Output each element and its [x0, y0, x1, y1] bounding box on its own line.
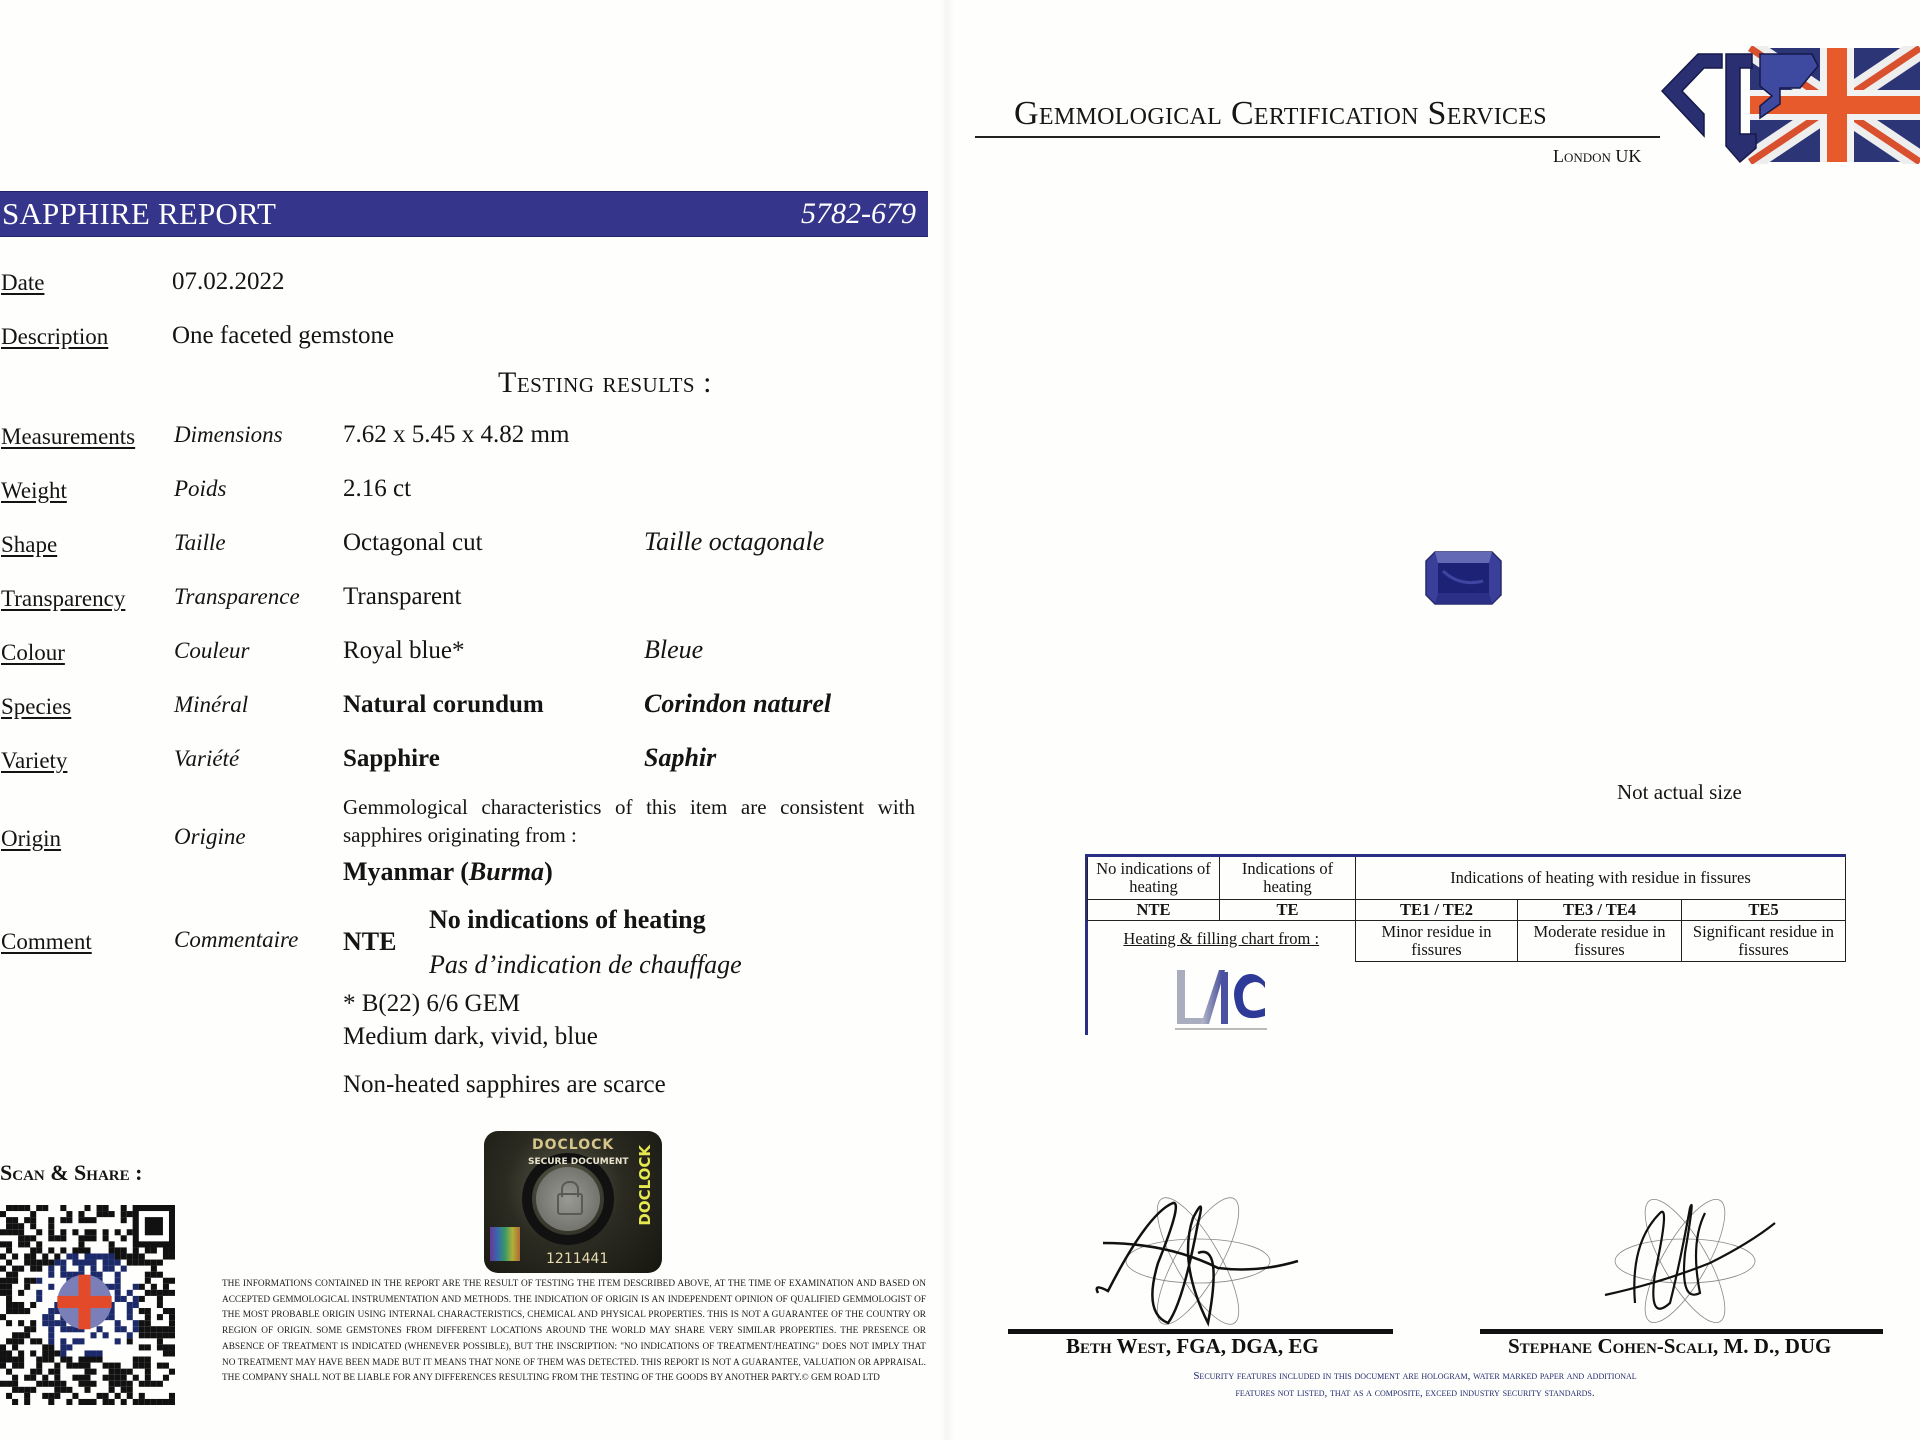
origin-country: Myanmar (Burma): [343, 857, 553, 887]
code-te1-te2: TE1 / TE2: [1356, 900, 1518, 921]
chart-source-label: Heating & filling chart from :: [1123, 929, 1319, 948]
origin-label-fr: Origine: [174, 824, 246, 850]
result-label-fr: Minéral: [174, 692, 248, 718]
lahc-logo: [1173, 968, 1271, 1033]
result-label-fr: Variété: [174, 746, 239, 772]
result-value: Octagonal cut: [343, 529, 483, 557]
result-label: Variety: [1, 748, 67, 774]
result-label: Weight: [1, 478, 67, 504]
comment-label: Comment: [1, 929, 92, 955]
result-value: Royal blue*: [343, 637, 465, 665]
date-value: 07.02.2022: [172, 268, 285, 296]
comment-text-en: No indications of heating: [429, 905, 706, 935]
result-label: Colour: [1, 640, 65, 666]
code-te: TE: [1220, 900, 1356, 921]
code-nte: NTE: [1088, 900, 1220, 921]
result-label-fr: Couleur: [174, 638, 249, 664]
comment-text-fr: Pas d’indication de chauffage: [429, 950, 742, 980]
hologram-side-text: DOCLOCK: [636, 1145, 654, 1226]
origin-statement: Gemmological characteristics of this ite…: [343, 793, 915, 849]
header-rule: [975, 136, 1660, 138]
company-name: Gemmological Certification Services: [1014, 95, 1547, 133]
colour-grade-description: Medium dark, vivid, blue: [343, 1023, 598, 1051]
sapphire-stone-image: [1425, 551, 1502, 605]
chart-source: Heating & filling chart from :: [1088, 921, 1356, 962]
header-nte: No indications of heating: [1088, 856, 1220, 900]
origin-country-alt: Burma: [469, 857, 544, 886]
signature-beth-west: [1088, 1183, 1318, 1328]
comment-label-fr: Commentaire: [174, 927, 298, 953]
signatory-2-name: Stephane Cohen-Scali, M. D., DUG: [1508, 1334, 1831, 1359]
report-title: SAPPHIRE REPORT: [2, 196, 276, 232]
treatment-code: NTE: [343, 927, 396, 957]
colour-grade: * B(22) 6/6 GEM: [343, 990, 520, 1018]
header-te: Indications of heating: [1220, 856, 1356, 900]
gcs-logo: [1660, 46, 1920, 164]
residue-moderate: Moderate residue in fissures: [1518, 921, 1682, 962]
code-te5: TE5: [1682, 900, 1846, 921]
result-label: Transparency: [1, 586, 125, 612]
hologram-brand: DOCLOCK: [532, 1137, 614, 1153]
description-value: One faceted gemstone: [172, 322, 394, 350]
qr-code[interactable]: [0, 1205, 175, 1405]
scan-share-label: Scan & Share :: [0, 1160, 142, 1186]
header-residue: Indications of heating with residue in f…: [1356, 856, 1846, 900]
result-value-fr: Bleue: [644, 635, 703, 665]
report-number: 5782-679: [801, 197, 916, 231]
result-value: 2.16 ct: [343, 475, 411, 503]
security-hologram: DOCLOCK SECURE DOCUMENT DOCLOCK 1211441: [484, 1131, 662, 1273]
report-header-bar: SAPPHIRE REPORT 5782-679: [0, 191, 928, 237]
result-value-fr: Saphir: [644, 743, 716, 773]
heating-chart-table: No indications of heating Indications of…: [1087, 854, 1846, 962]
hologram-serial: 1211441: [546, 1251, 608, 1267]
result-value-fr: Corindon naturel: [644, 689, 831, 719]
result-value: Sapphire: [343, 745, 440, 773]
legal-disclaimer: The informations contained in the report…: [222, 1277, 926, 1387]
page-fold: [940, 0, 954, 1440]
not-actual-size-note: Not actual size: [1617, 780, 1742, 805]
residue-minor: Minor residue in fissures: [1356, 921, 1518, 962]
result-value: Natural corundum: [343, 691, 544, 719]
result-label: Measurements: [1, 424, 135, 450]
result-value: Transparent: [343, 583, 462, 611]
date-label: Date: [1, 270, 44, 296]
result-label-fr: Taille: [174, 530, 226, 556]
result-label: Shape: [1, 532, 57, 558]
hologram-caption: SECURE DOCUMENT: [528, 1157, 629, 1167]
residue-significant: Significant residue in fissures: [1682, 921, 1846, 962]
origin-label: Origin: [1, 826, 61, 852]
result-value-fr: Taille octagonale: [644, 527, 824, 557]
result-label-fr: Dimensions: [174, 422, 283, 448]
result-label: Species: [1, 694, 71, 720]
result-label-fr: Transparence: [174, 584, 300, 610]
rarity-note: Non-heated sapphires are scarce: [343, 1071, 666, 1099]
testing-results-title: Testing results :: [498, 366, 712, 400]
code-te3-te4: TE3 / TE4: [1518, 900, 1682, 921]
hologram-rainbow: [490, 1227, 520, 1261]
result-value: 7.62 x 5.45 x 4.82 mm: [343, 421, 569, 449]
signature-stephane-cohen-scali: [1600, 1183, 1790, 1328]
company-city: London UK: [1553, 146, 1641, 167]
description-label: Description: [1, 324, 108, 350]
result-label-fr: Poids: [174, 476, 226, 502]
signatory-1-name: Beth West, FGA, DGA, EG: [1066, 1334, 1319, 1359]
security-features-note: Security features included in this docum…: [1175, 1368, 1655, 1402]
lock-icon: [536, 1167, 600, 1231]
